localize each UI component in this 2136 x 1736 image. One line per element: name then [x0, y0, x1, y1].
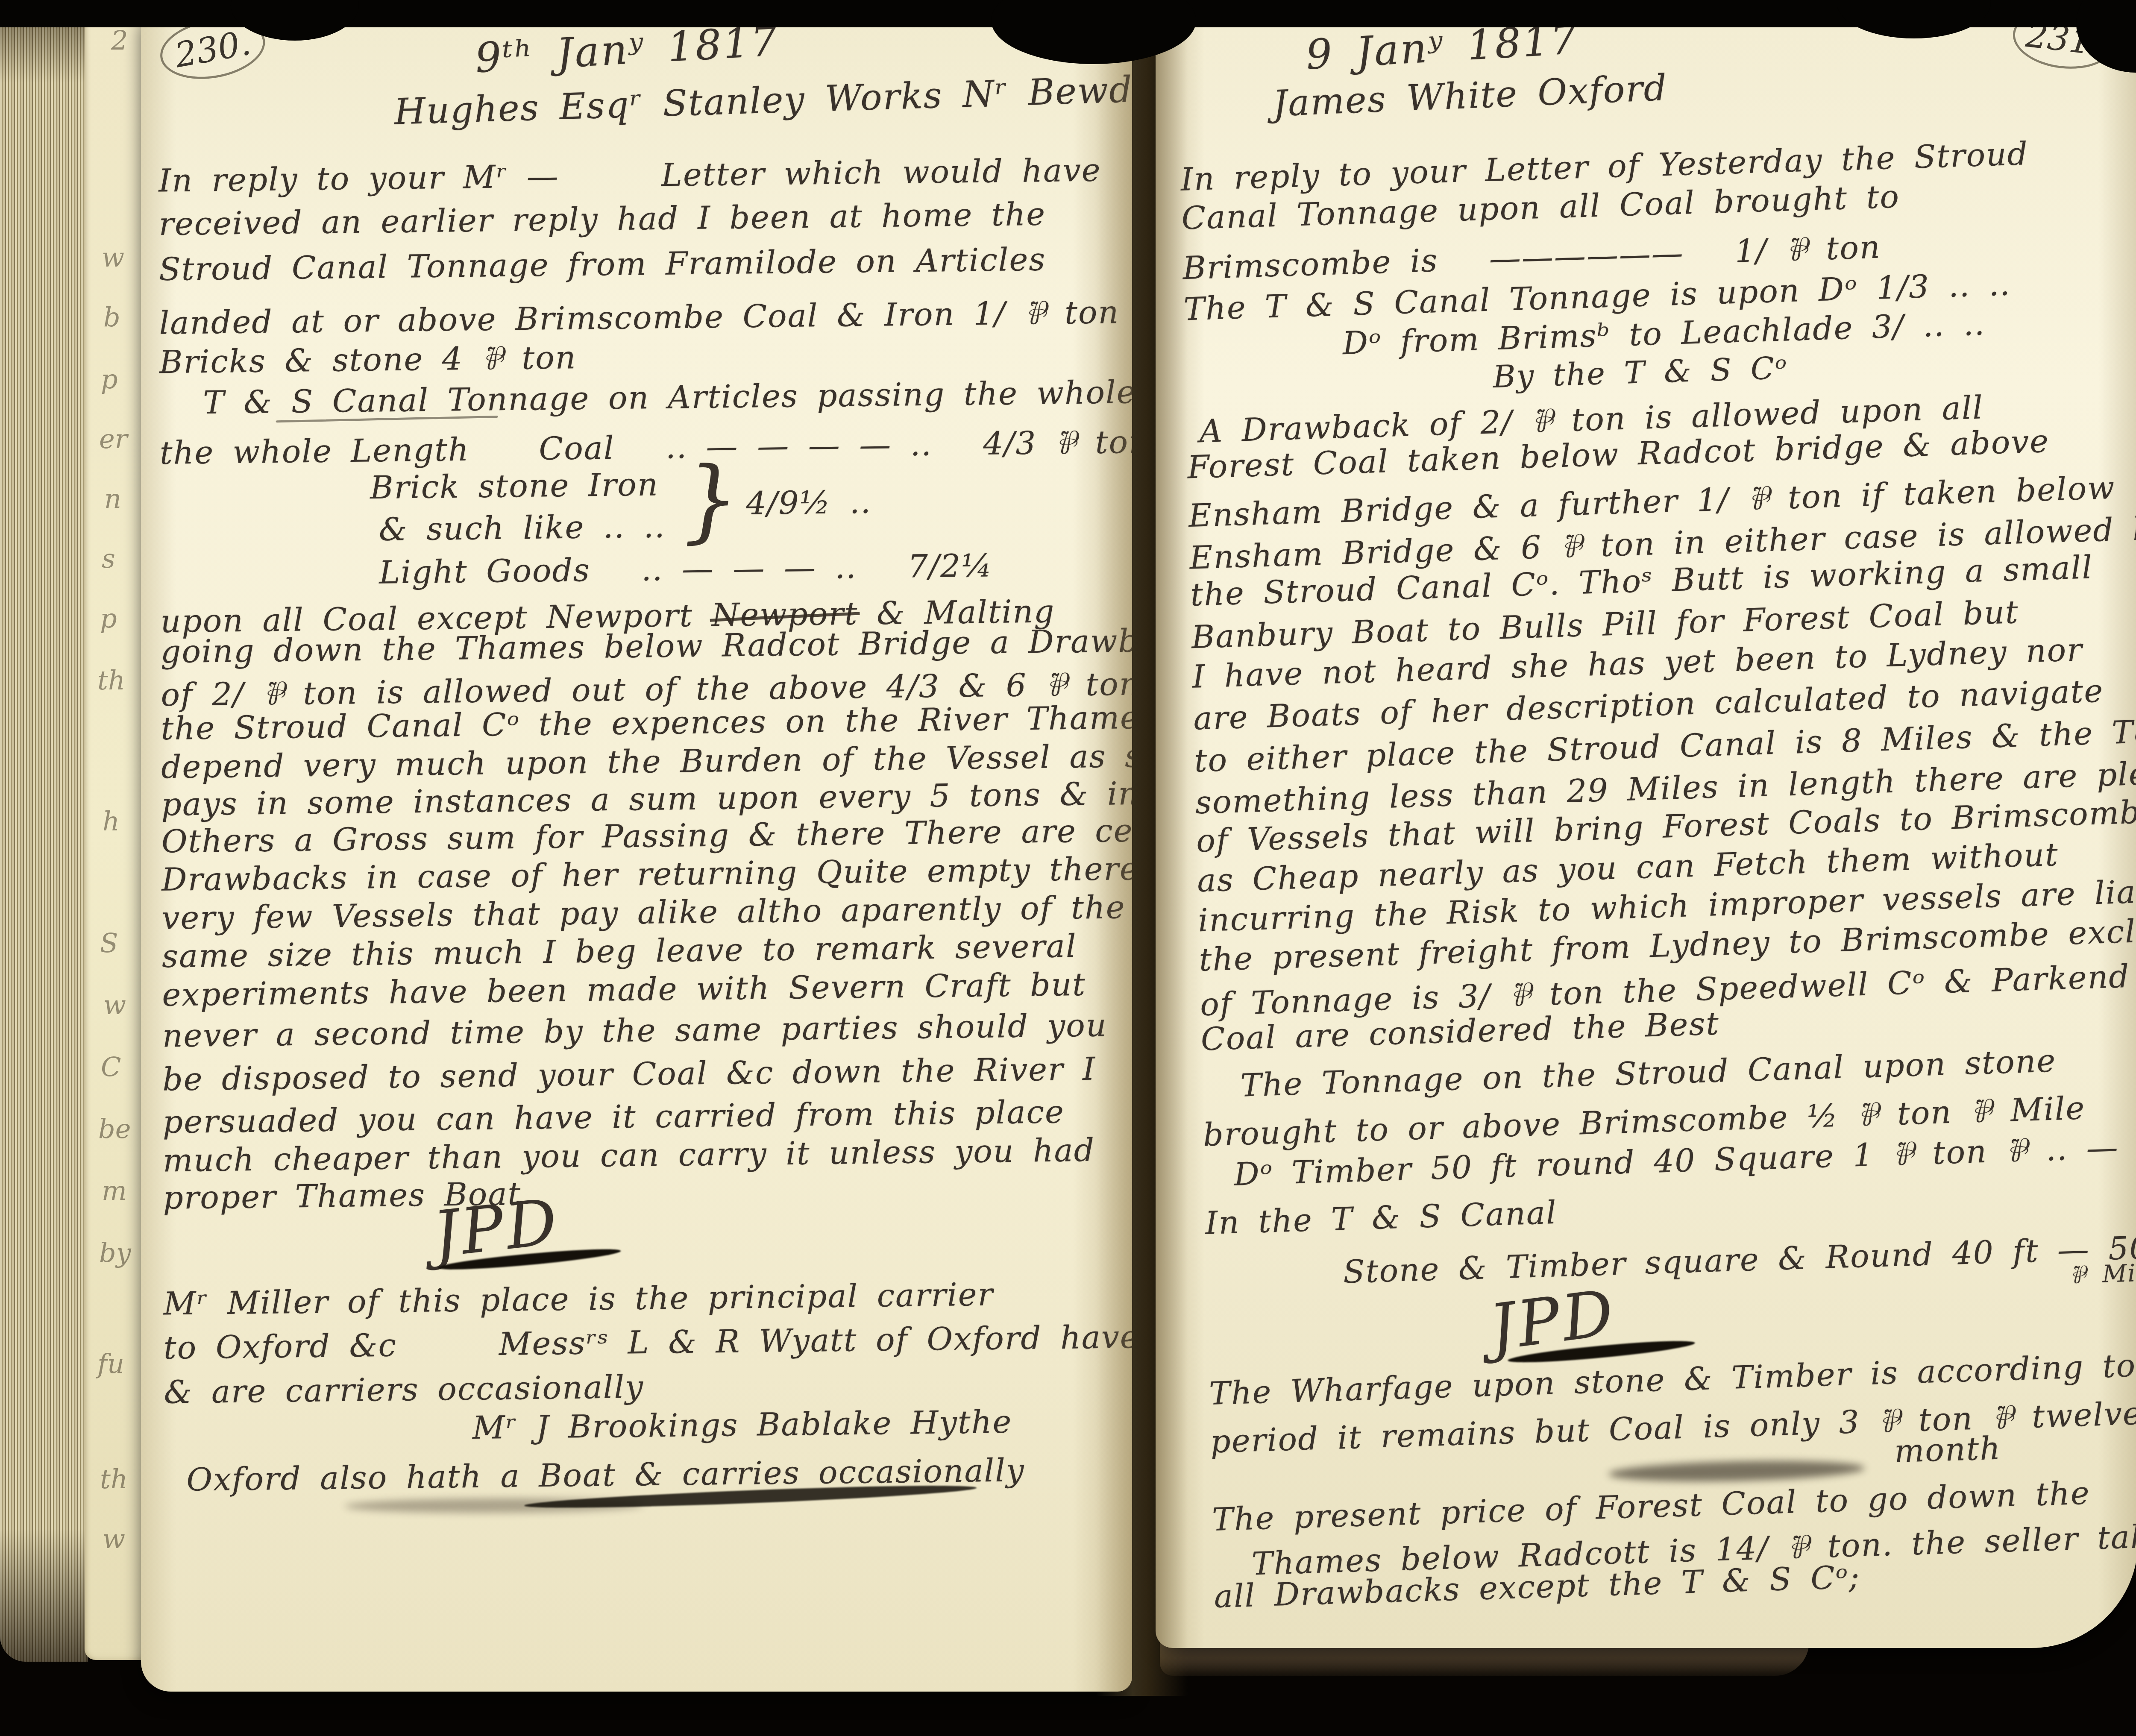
- margin-fragment: p: [101, 364, 118, 395]
- letter-date-right: 9 Janʸ 1817: [1305, 25, 1580, 79]
- ink-smudge: [1608, 1458, 1865, 1484]
- letter-line: In reply to your Mʳ — Letter which would…: [158, 152, 1101, 199]
- tariff-light-goods-row: Light Goods .. — — — .. 7/2¼: [379, 547, 993, 591]
- margin-fragment: w: [103, 989, 126, 1020]
- margin-fragment: 2: [111, 25, 128, 56]
- margin-fragment: m: [102, 1175, 127, 1206]
- letter-line: received an earlier reply had I been at …: [158, 196, 1046, 243]
- margin-fragment: p: [100, 603, 117, 634]
- letter-line: & are carriers occasionally: [164, 1369, 644, 1411]
- margin-fragment: th: [100, 1463, 128, 1495]
- left-page: 230. 9ᵗʰ Janʸ 1817 Hughes Esqʳ Stanley W…: [141, 12, 1132, 1692]
- margin-fragment: S: [100, 927, 118, 959]
- margin-fragment: n: [104, 483, 121, 514]
- tariff-brick-value: 4/9½ ..: [746, 484, 871, 522]
- letter-line-continuation: month: [1894, 1430, 2001, 1470]
- margin-fragment: w: [103, 1523, 125, 1554]
- letter-line: Stroud Canal Tonnage from Framilode on A…: [159, 241, 1046, 288]
- margin-fragment: er: [99, 423, 127, 455]
- letter-line: landed at or above Brimscombe Coal & Iro…: [159, 289, 1120, 343]
- margin-fragment: fu: [97, 1348, 124, 1379]
- tariff-coal-row: the whole Length Coal .. — — — — .. 4/3 …: [159, 419, 1132, 473]
- book-fore-edge-stack: [0, 0, 88, 1662]
- letter-line: be disposed to send your Coal &c down th…: [162, 1051, 1096, 1098]
- margin-fragment: C: [101, 1051, 121, 1082]
- tariff-brace: }: [680, 446, 741, 553]
- left-page-content: 230. 9ᵗʰ Janʸ 1817 Hughes Esqʳ Stanley W…: [141, 12, 1132, 1692]
- margin-fragment: by: [99, 1237, 131, 1268]
- tariff-brick-row-bottom: & such like .. ..: [378, 508, 666, 548]
- margin-fragment: th: [97, 665, 125, 696]
- letter-line: to Oxford &c Messʳˢ L & R Wyatt of Oxfor…: [164, 1319, 1132, 1367]
- margin-fragment: s: [102, 543, 115, 574]
- margin-fragment: w: [102, 242, 124, 273]
- letter-line: Mʳ Miller of this place is the principal…: [163, 1276, 994, 1323]
- letter-line: T & S Canal Tonnage on Articles passing …: [203, 374, 1132, 421]
- tariff-brick-row-top: Brick stone Iron: [370, 466, 659, 506]
- letter-line: Bricks & stone 4 ⅌ ton: [159, 334, 576, 382]
- letter-line-continuation: ⅌ Mile: [2069, 1255, 2136, 1290]
- byline: By the T & S Cᵒ: [1492, 350, 1788, 395]
- letter-line: never a second time by the same parties …: [162, 1007, 1107, 1054]
- right-page-content: 231. 9 Janʸ 1817 James White Oxford In r…: [1156, 25, 2136, 1648]
- margin-fragment: b: [103, 302, 120, 333]
- margin-fragment: be: [98, 1113, 131, 1144]
- margin-fragment: h: [103, 806, 120, 837]
- right-page: 231. 9 Janʸ 1817 James White Oxford In r…: [1156, 25, 2136, 1648]
- letter-line: In the T & S Canal: [1205, 1194, 1558, 1242]
- letterbook-scan: { "left_page": { "page_number": "230.", …: [0, 0, 2136, 1736]
- letter-line: Mʳ J Brookings Bablake Hythe: [472, 1404, 1012, 1446]
